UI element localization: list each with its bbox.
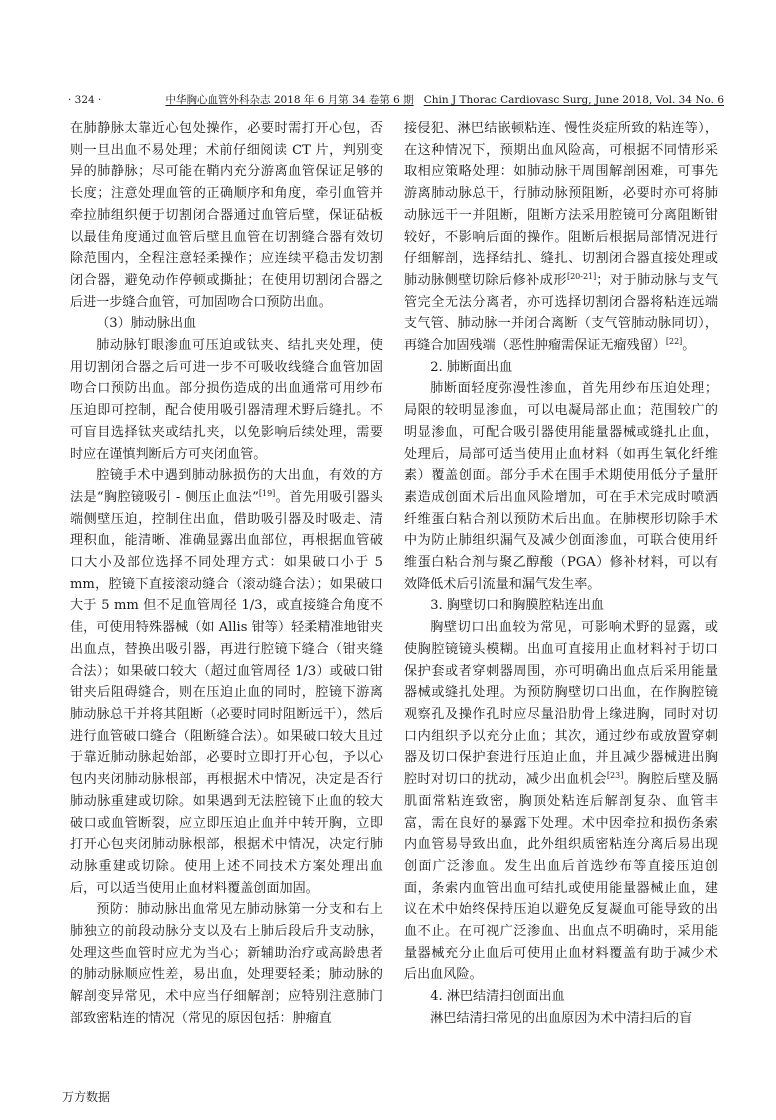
left-column: 在肺静脉太靠近心包处操作，必要时需打开心包，否则一旦出血不易处理；术前仔细阅读 … (70, 118, 383, 1030)
paragraph: 淋巴结清扫常见的出血原因为术中清扫后的盲 (404, 1008, 718, 1030)
citation-ref[interactable]: [22] (666, 337, 682, 346)
journal-title-en: Chin J Thorac Cardiovasc Surg, June 2018… (424, 94, 724, 106)
watermark: 万方数据 (62, 1088, 110, 1105)
page-number: · 324 · (68, 92, 101, 108)
paragraph: 预防：肺动脉出血常见左肺动脉第一分支和右上肺独立的前段动脉分支以及右上肺后段后升… (70, 899, 383, 1029)
paragraph: 腔镜手术中遇到肺动脉损伤的大出血，有效的方法是“胸腔镜吸引 - 侧压止血法”[1… (70, 465, 383, 899)
paragraph: 胸壁切口出血较为常见，可影响术野的显露，或使胸腔镜镜头模糊。出血可直接用止血材料… (404, 617, 718, 986)
citation-ref[interactable]: [23] (607, 771, 623, 780)
paragraph: 肺断面轻度弥漫性渗血，首先用纱布压迫处理；局限的较明显渗血，可以电凝局部止血；范… (404, 378, 718, 595)
paragraph: 肺动脉钉眼渗血可压迫或钛夹、结扎夹处理，使用切割闭合器之后可进一步不可吸收线缝合… (70, 335, 383, 465)
section-heading: （3）肺动脉出血 (70, 313, 383, 335)
citation-ref[interactable]: [20-21] (567, 272, 596, 281)
paragraph: 在肺静脉太靠近心包处操作，必要时需打开心包，否则一旦出血不易处理；术前仔细阅读 … (70, 118, 383, 313)
journal-citation: 中华胸心血管外科杂志 2018 年 6 月第 34 卷第 6 期Chin J T… (166, 92, 724, 108)
section-heading: 4. 淋巴结清扫创面出血 (404, 986, 718, 1008)
section-heading: 2. 肺断面出血 (404, 357, 718, 379)
paragraph: 接侵犯、淋巴结嵌顿粘连、慢性炎症所致的粘连等），在这种情况下，预期出血风险高，可… (404, 118, 718, 357)
citation-ref[interactable]: [19] (259, 489, 275, 498)
journal-title-cn: 中华胸心血管外科杂志 2018 年 6 月第 34 卷第 6 期 (166, 94, 414, 106)
right-column: 接侵犯、淋巴结嵌顿粘连、慢性炎症所致的粘连等），在这种情况下，预期出血风险高，可… (404, 118, 718, 1030)
section-heading: 3. 胸壁切口和胸膜腔粘连出血 (404, 595, 718, 617)
running-head: · 324 · 中华胸心血管外科杂志 2018 年 6 月第 34 卷第 6 期… (68, 92, 724, 108)
